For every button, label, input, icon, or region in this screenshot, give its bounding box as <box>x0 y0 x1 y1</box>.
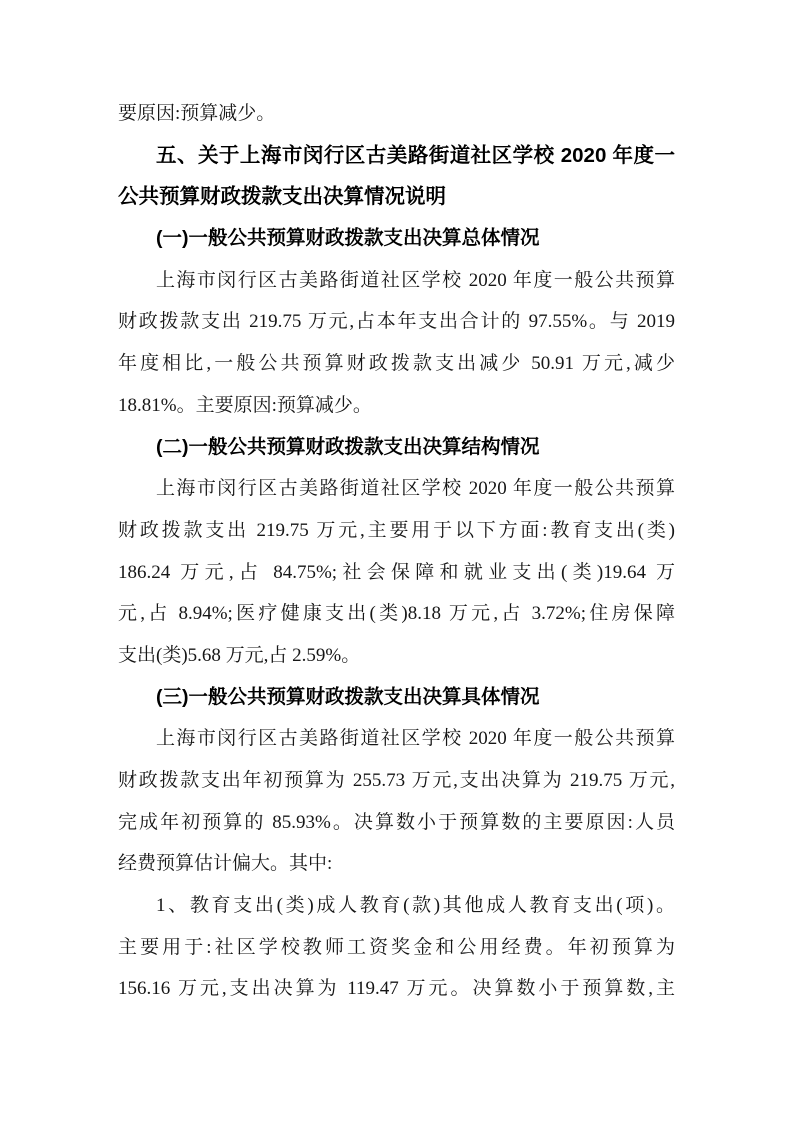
paragraph-2-line: 支出(类)5.68 万元,占 2.59%。 <box>118 635 675 677</box>
chapter-heading-line: 公共预算财政拨款支出决算情况说明 <box>118 176 675 218</box>
subsection-2-heading: (二)一般公共预算财政拨款支出决算结构情况 <box>118 427 675 469</box>
paragraph-2-line: 财政拨款支出 219.75 万元,主要用于以下方面:教育支出(类) <box>118 510 675 552</box>
paragraph-continuation-line: 要原因:预算减少。 <box>118 93 675 135</box>
document-text-block: 要原因:预算减少。 五、关于上海市闵行区古美路街道社区学校 2020 年度一般 … <box>118 93 675 1010</box>
paragraph-3-line: 经费预算估计偏大。其中: <box>118 843 675 885</box>
subsection-3-heading: (三)一般公共预算财政拨款支出决算具体情况 <box>118 677 675 719</box>
paragraph-4-line: 156.16 万元,支出决算为 119.47 万元。决算数小于预算数,主 <box>118 968 675 1010</box>
paragraph-1-line: 18.81%。主要原因:预算减少。 <box>118 385 675 427</box>
paragraph-3-line: 财政拨款支出年初预算为 255.73 万元,支出决算为 219.75 万元, <box>118 760 675 802</box>
paragraph-2-line: 上海市闵行区古美路街道社区学校 2020 年度一般公共预算 <box>118 468 675 510</box>
paragraph-1-line: 财政拨款支出 219.75 万元,占本年支出合计的 97.55%。与 2019 <box>118 301 675 343</box>
paragraph-4-line: 1、教育支出(类)成人教育(款)其他成人教育支出(项)。 <box>118 885 675 927</box>
paragraph-4-line: 主要用于:社区学校教师工资奖金和公用经费。年初预算为 <box>118 927 675 969</box>
paragraph-1-line: 年度相比,一般公共预算财政拨款支出减少 50.91 万元,减少 <box>118 343 675 385</box>
document-page: 要原因:预算减少。 五、关于上海市闵行区古美路街道社区学校 2020 年度一般 … <box>0 0 793 1122</box>
paragraph-3-line: 上海市闵行区古美路街道社区学校 2020 年度一般公共预算 <box>118 718 675 760</box>
paragraph-2-line: 186.24 万元,占 84.75%;社会保障和就业支出(类)19.64 万 <box>118 552 675 594</box>
chapter-heading-line: 五、关于上海市闵行区古美路街道社区学校 2020 年度一般 <box>118 135 675 177</box>
paragraph-3-line: 完成年初预算的 85.93%。决算数小于预算数的主要原因:人员 <box>118 802 675 844</box>
paragraph-1-line: 上海市闵行区古美路街道社区学校 2020 年度一般公共预算 <box>118 260 675 302</box>
paragraph-2-line: 元,占 8.94%;医疗健康支出(类)8.18 万元,占 3.72%;住房保障 <box>118 593 675 635</box>
subsection-1-heading: (一)一般公共预算财政拨款支出决算总体情况 <box>118 218 675 260</box>
